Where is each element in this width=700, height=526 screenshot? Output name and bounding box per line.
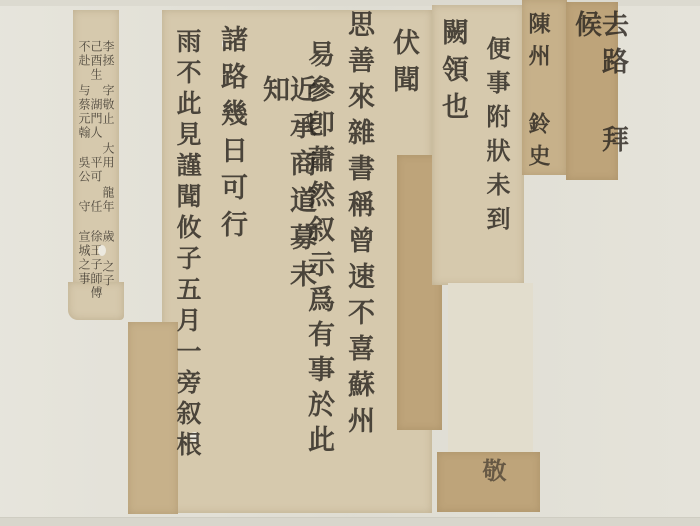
letter-column-5: 伏聞: [390, 28, 417, 108]
letter-column-1: 去路 拜候: [572, 10, 626, 185]
annotation-text: 李拯 字敬止 大用 龍年 歲 之子 己酉生 湖門人 平可 任 徐王子師傅 不赴 …: [80, 40, 114, 310]
letter-lower-left-patch: [128, 322, 178, 514]
letter-column-8: 近承商道募未知: [260, 75, 314, 325]
letter-column-3: 便事附狀未到: [484, 36, 508, 256]
letter-column-9: 諸路幾日可行: [218, 25, 245, 305]
seal-mark: 敬: [480, 458, 504, 498]
letter-column-10: 雨不此見謹聞攸子五月一旁叙根: [175, 28, 200, 518]
wormhole: [98, 245, 106, 256]
letter-column-6: 思善來雜書稱曾速不喜蘇州: [345, 10, 372, 520]
letter-column-4: 闕領也: [439, 18, 466, 138]
letter-column-2: 陳州 鈴史: [527, 12, 549, 187]
repair-patch: [448, 283, 533, 453]
